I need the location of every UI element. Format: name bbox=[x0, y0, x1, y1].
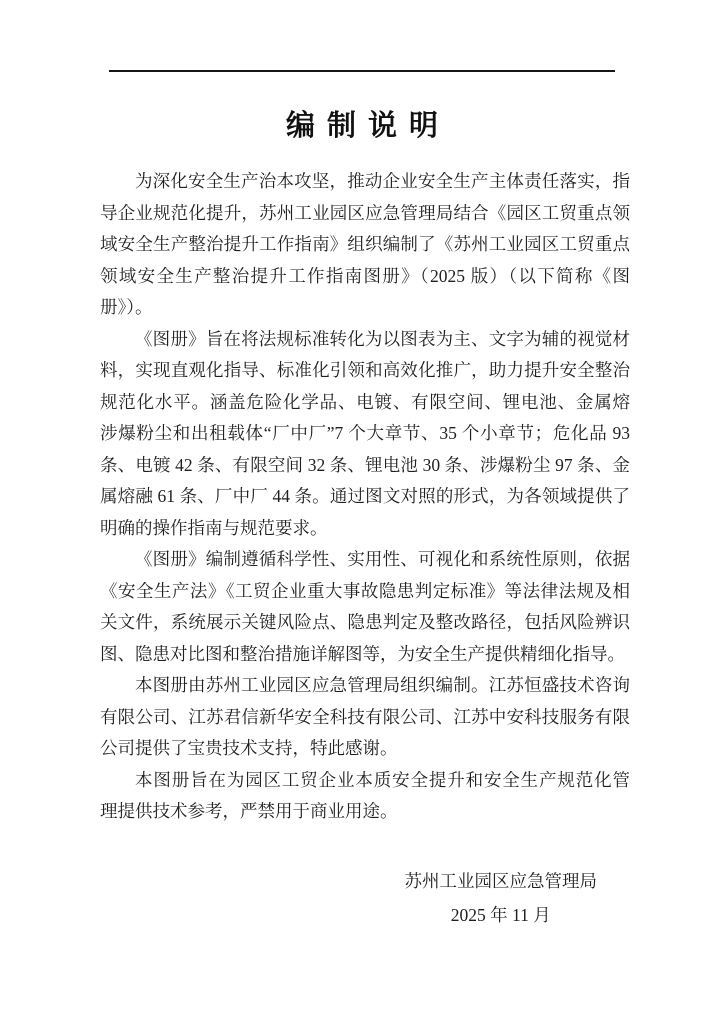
paragraph-line: 本图册旨在为园区工贸企业本质安全提升和安全生产规范化管 bbox=[100, 765, 630, 797]
paragraph-line: 属熔融 61 条、厂中厂 44 条。通过图文对照的形式，为各领域提供了 bbox=[100, 481, 630, 513]
paragraph-line: 规范化水平。涵盖危险化学品、电镀、有限空间、锂电池、金属熔融、 bbox=[100, 387, 630, 419]
paragraph-line: 图、隐患对比图和整治措施详解图等，为安全生产提供精细化指导。 bbox=[100, 639, 630, 671]
paragraph-line: 《图册》编制遵循科学性、实用性、可视化和系统性原则，依据 bbox=[100, 544, 630, 576]
signature-org: 苏州工业园区应急管理局 bbox=[405, 864, 598, 898]
paragraph-line: 本图册由苏州工业园区应急管理局组织编制。江苏恒盛技术咨询 bbox=[100, 670, 630, 702]
header-rule bbox=[109, 70, 615, 72]
paragraph-line: 领域安全生产整治提升工作指南图册》（2025 版）（以下简称《图 bbox=[100, 261, 630, 293]
paragraph-line: 公司提供了宝贵技术支持，特此感谢。 bbox=[100, 733, 630, 765]
paragraph-line: 条、电镀 42 条、有限空间 32 条、锂电池 30 条、涉爆粉尘 97 条、金 bbox=[100, 450, 630, 482]
signature-date: 2025 年 11 月 bbox=[405, 898, 598, 932]
paragraph-line: 理提供技术参考，严禁用于商业用途。 bbox=[100, 796, 630, 828]
paragraph-line: 为深化安全生产治本攻坚，推动企业安全生产主体责任落实，指 bbox=[100, 166, 630, 198]
paragraph-line: 域安全生产整治提升工作指南》组织编制了《苏州工业园区工贸重点 bbox=[100, 229, 630, 261]
paragraph-line: 册》）。 bbox=[100, 292, 630, 324]
document-page: 编制说明 为深化安全生产治本攻坚，推动企业安全生产主体责任落实，指 导企业规范化… bbox=[0, 0, 724, 1024]
paragraph-line: 明确的操作指南与规范要求。 bbox=[100, 513, 630, 545]
paragraph-line: 料，实现直观化指导、标准化引领和高效化推广，助力提升安全整治 bbox=[100, 355, 630, 387]
page-title: 编制说明 bbox=[0, 103, 724, 144]
signature-block: 苏州工业园区应急管理局 2025 年 11 月 bbox=[405, 864, 598, 932]
paragraph-line: 有限公司、江苏君信新华安全科技有限公司、江苏中安科技服务有限 bbox=[100, 702, 630, 734]
paragraph-line: 涉爆粉尘和出租载体“厂中厂”7 个大章节、35 个小章节；危化品 93 bbox=[100, 418, 630, 450]
paragraph-line: 《图册》旨在将法规标准转化为以图表为主、文字为辅的视觉材 bbox=[100, 324, 630, 356]
document-body: 为深化安全生产治本攻坚，推动企业安全生产主体责任落实，指 导企业规范化提升，苏州… bbox=[100, 166, 630, 828]
paragraph-line: 导企业规范化提升，苏州工业园区应急管理局结合《园区工贸重点领 bbox=[100, 198, 630, 230]
paragraph-line: 关文件，系统展示关键风险点、隐患判定及整改路径，包括风险辨识 bbox=[100, 607, 630, 639]
paragraph-line: 《安全生产法》《工贸企业重大事故隐患判定标准》等法律法规及相 bbox=[100, 576, 630, 608]
